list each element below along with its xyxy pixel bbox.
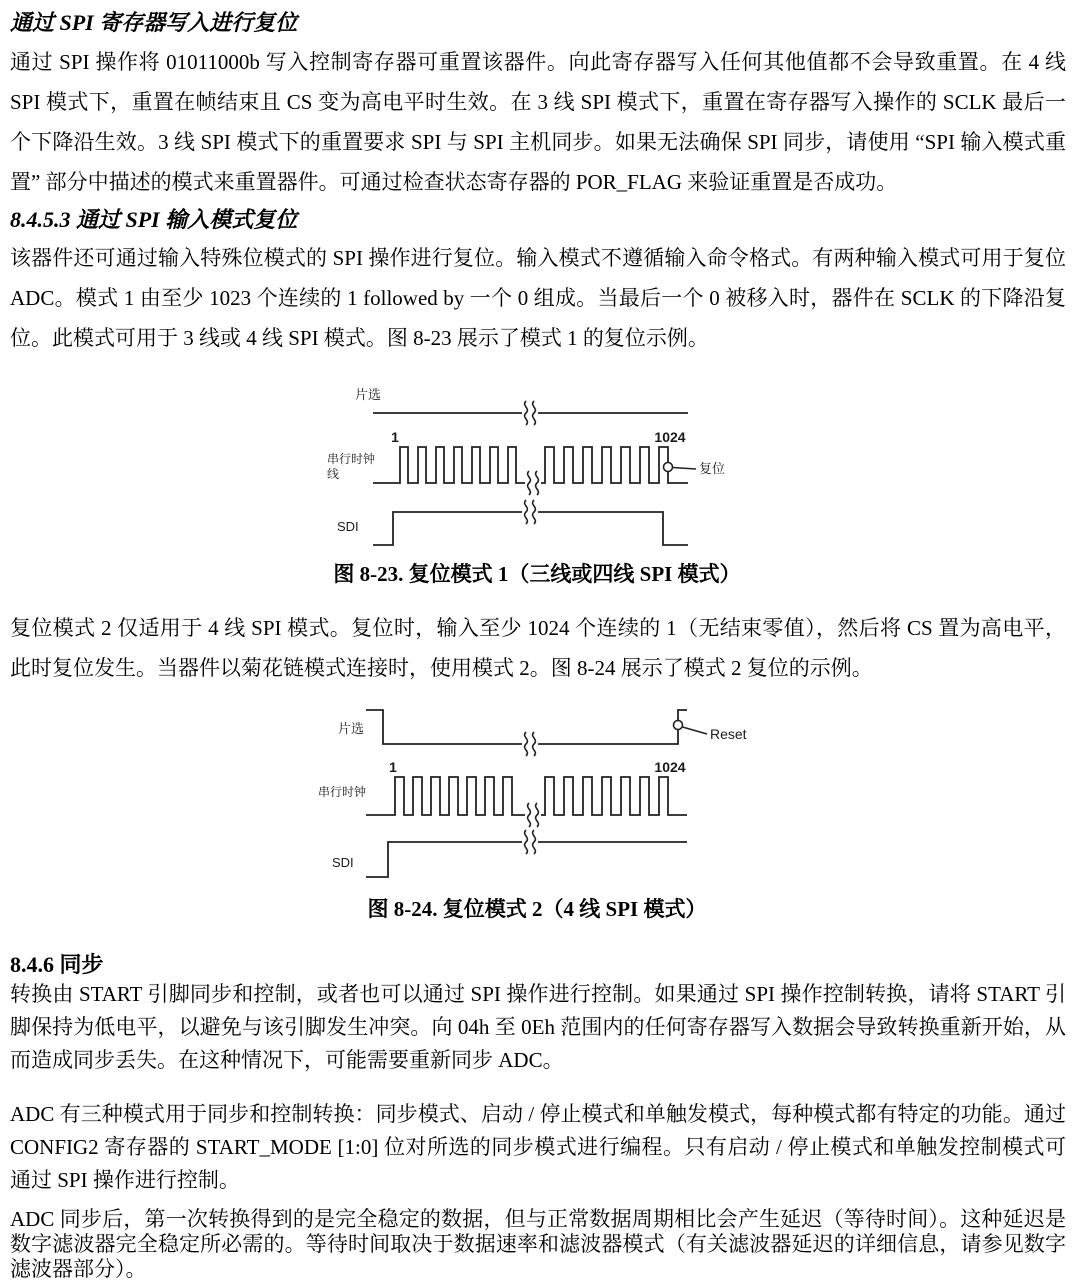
- line-break-icon: [522, 730, 538, 758]
- document-page: 通过 SPI 寄存器写入进行复位 通过 SPI 操作将 01011000b 写入…: [0, 0, 1074, 1287]
- sdi-label: SDI: [332, 855, 354, 870]
- sclk-last-pulse-number: 1024: [654, 429, 685, 445]
- paragraph-sync-settling-delay: ADC 同步后，第一次转换得到的是完全稳定的数据，但与正常数据周期相比会产生延迟…: [10, 1207, 1066, 1282]
- paragraph-reset-mode-2: 复位模式 2 仅适用于 4 线 SPI 模式。复位时，输入至少 1024 个连续…: [10, 608, 1066, 688]
- figure-8-23-caption: 图 8-23. 复位模式 1（三线或四线 SPI 模式）: [0, 558, 1074, 588]
- paragraph-sync-start-pin: 转换由 START 引脚同步和控制，或者也可以通过 SPI 操作进行控制。如果通…: [10, 978, 1066, 1077]
- reset-label: Reset: [710, 726, 747, 742]
- reset-marker-circle: [674, 721, 683, 730]
- line-break-icon: [522, 828, 538, 856]
- paragraph-spi-input-mode-reset: 该器件还可通过输入特殊位模式的 SPI 操作进行复位。输入模式不遵循输入命令格式…: [10, 238, 1066, 358]
- heading-reset-by-spi-input-mode: 8.4.5.3 通过 SPI 输入模式复位: [10, 203, 297, 234]
- sclk-first-pulse-number: 1: [389, 759, 397, 775]
- serial-clock-label-line1: 串行时钟: [327, 451, 375, 466]
- line-break-icon: [525, 801, 541, 829]
- line-break-icon: [522, 399, 538, 427]
- serial-clock-label-line2: 线: [327, 466, 339, 481]
- reset-pointer-line: [683, 727, 708, 734]
- line-break-icon: [522, 498, 538, 526]
- paragraph-sync-three-modes: ADC 有三种模式用于同步和控制转换：同步模式、启动 / 停止模式和单触发模式，…: [10, 1098, 1066, 1197]
- chip-select-label: 片选: [338, 721, 364, 736]
- heading-synchronization: 8.4.6 同步: [10, 948, 104, 979]
- reset-marker-circle: [664, 463, 673, 472]
- reset-pointer-line: [673, 468, 697, 470]
- sclk-first-pulse-number: 1: [391, 429, 399, 445]
- sdi-label: SDI: [337, 519, 359, 534]
- sclk-last-pulse-number: 1024: [654, 759, 685, 775]
- serial-clock-label: 串行时钟: [318, 784, 366, 799]
- paragraph-reset-via-spi-register-write: 通过 SPI 操作将 01011000b 写入控制寄存器可重置该器件。向此寄存器…: [10, 42, 1066, 202]
- heading-reset-via-spi-register-write: 通过 SPI 寄存器写入进行复位: [10, 6, 297, 37]
- chip-select-label: 片选: [355, 387, 381, 402]
- figure-8-23: 片选 1 1024 串行时钟 线 复位 SDI: [280, 383, 740, 560]
- line-break-icon: [525, 469, 541, 497]
- figure-8-24: 片选 Reset 1 1024 串行时钟 SDI: [280, 695, 780, 890]
- figure-8-24-caption: 图 8-24. 复位模式 2（4 线 SPI 模式）: [0, 893, 1074, 923]
- reset-label: 复位: [699, 461, 725, 476]
